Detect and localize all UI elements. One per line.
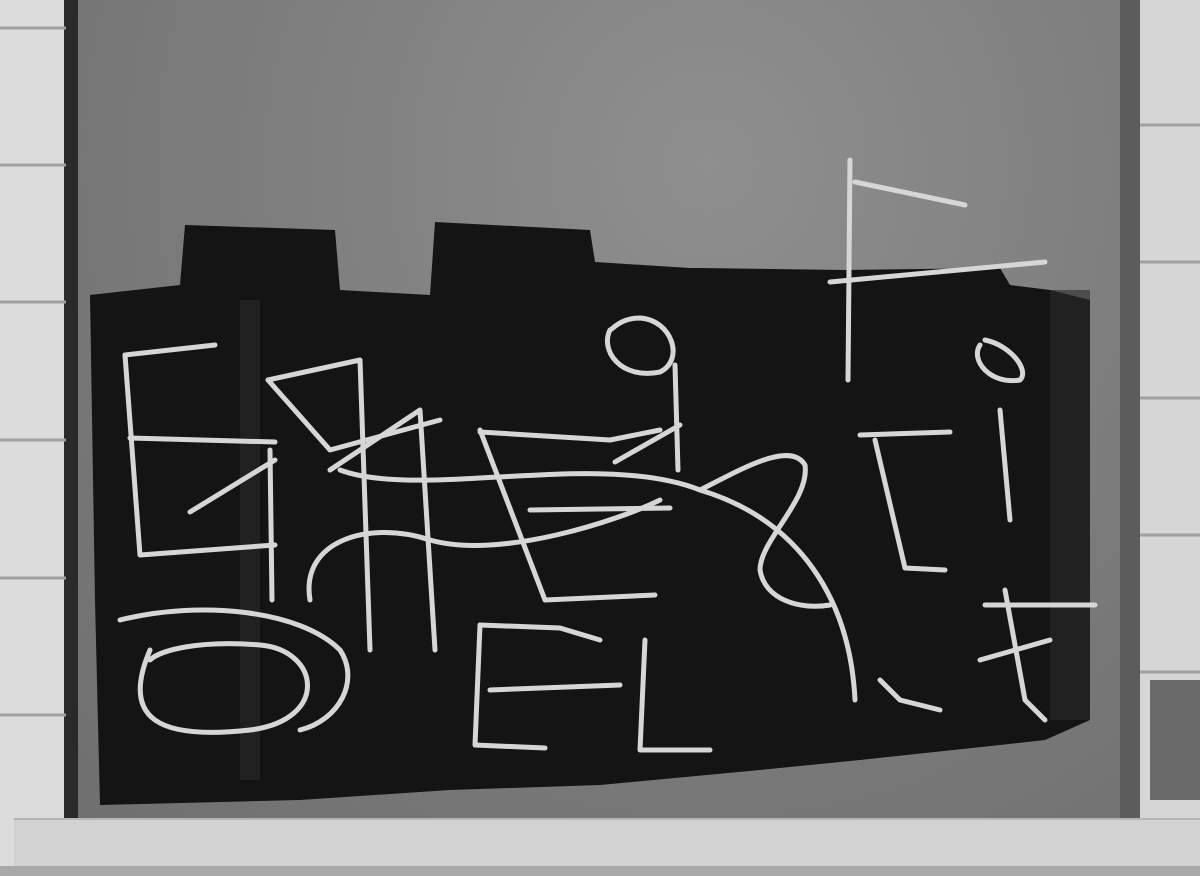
stone-ledge: [14, 818, 1200, 868]
chalk-drawing: [0, 0, 1200, 876]
ledge-shadow: [0, 866, 1200, 876]
